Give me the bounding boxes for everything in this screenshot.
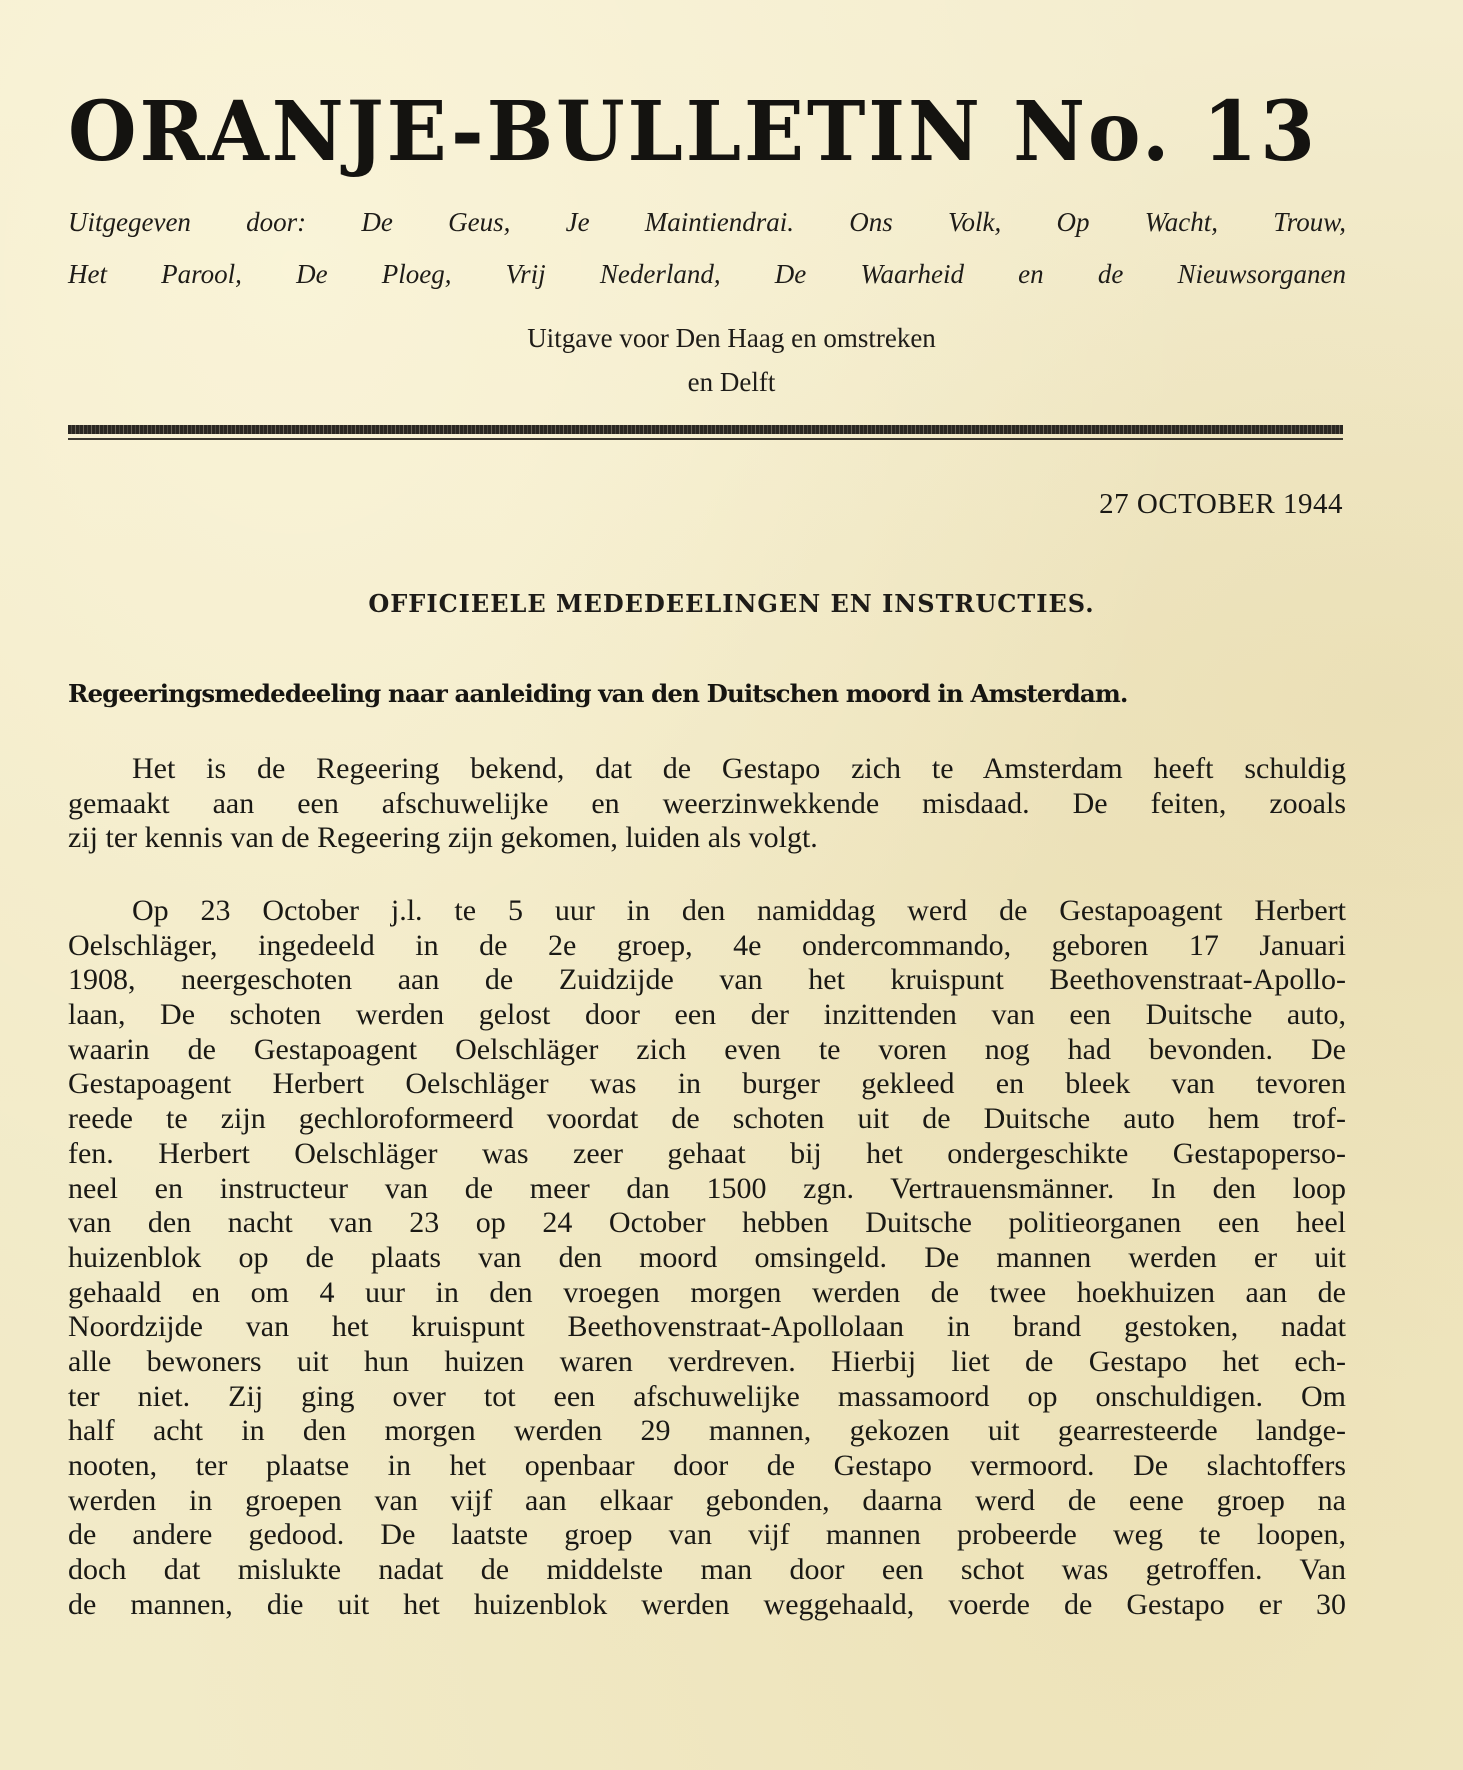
text-line: de andere gedood. De laatste groep van v… — [68, 1518, 1346, 1553]
masthead-title: ORANJE-BULLETIN No. 13 — [68, 82, 1297, 182]
text-line: gemaakt aan een afschuwelijke en weerzin… — [68, 787, 1346, 822]
text-line: 1908, neergeschoten aan de Zuidzijde van… — [68, 963, 1346, 998]
text-line: Noordzijde van het kruispunt Beethovenst… — [68, 1310, 1346, 1345]
text-line: Op 23 October j.l. te 5 uur in den namid… — [68, 894, 1346, 929]
text-line: reede te zijn gechloroformeerd voordat d… — [68, 1102, 1346, 1137]
edition-line-2: en Delft — [0, 362, 1463, 402]
bulletin-page: ORANJE-BULLETIN No. 13 Uitgegeven door: … — [0, 0, 1463, 1770]
publishers-line-1: Uitgegeven door: De Geus, Je Maintiendra… — [68, 197, 1346, 247]
text-line: huizenblok op de plaats van den moord om… — [68, 1241, 1346, 1276]
paragraph-2: Op 23 October j.l. te 5 uur in den namid… — [68, 894, 1346, 1622]
publishers-line-2: Het Parool, De Ploeg, Vrij Nederland, De… — [68, 249, 1346, 299]
text-line: fen. Herbert Oelschläger was zeer gehaat… — [68, 1137, 1346, 1172]
text-line: zij ter kennis van de Regeering zijn gek… — [68, 821, 1346, 856]
article-subtitle: Regeeringsmededeeling naar aanleiding va… — [68, 674, 1346, 714]
text-line: werden in groepen van vijf aan elkaar ge… — [68, 1484, 1346, 1519]
issue-date: 27 OCTOBER 1944 — [1099, 484, 1343, 524]
text-line: Het is de Regeering bekend, dat de Gesta… — [68, 752, 1346, 787]
text-line: half acht in den morgen werden 29 mannen… — [68, 1414, 1346, 1449]
header-divider-thin — [68, 438, 1343, 440]
text-line: alle bewoners uit hun huizen waren verdr… — [68, 1345, 1346, 1380]
text-line: neel en instructeur van de meer dan 1500… — [68, 1172, 1346, 1207]
text-line: Oelschläger, ingedeeld in de 2e groep, 4… — [68, 929, 1346, 964]
text-line: de mannen, die uit het huizenblok werden… — [68, 1588, 1346, 1623]
paragraph-1: Het is de Regeering bekend, dat de Gesta… — [68, 752, 1346, 856]
text-line: Gestapoagent Herbert Oelschläger was in … — [68, 1067, 1346, 1102]
text-line: nooten, ter plaatse in het openbaar door… — [68, 1449, 1346, 1484]
text-line: gehaald en om 4 uur in den vroegen morge… — [68, 1276, 1346, 1311]
text-line: van den nacht van 23 op 24 October hebbe… — [68, 1206, 1346, 1241]
header-divider-thick — [68, 425, 1343, 434]
text-line: laan, De schoten werden gelost door een … — [68, 998, 1346, 1033]
text-line: waarin de Gestapoagent Oelschläger zich … — [68, 1033, 1346, 1068]
text-line: doch dat mislukte nadat de middelste man… — [68, 1553, 1346, 1588]
edition-line-1: Uitgave voor Den Haag en omstreken — [0, 318, 1463, 358]
section-title: OFFICIEELE MEDEDEELINGEN EN INSTRUCTIES. — [0, 584, 1463, 624]
text-line: ter niet. Zij ging over tot een afschuwe… — [68, 1380, 1346, 1415]
